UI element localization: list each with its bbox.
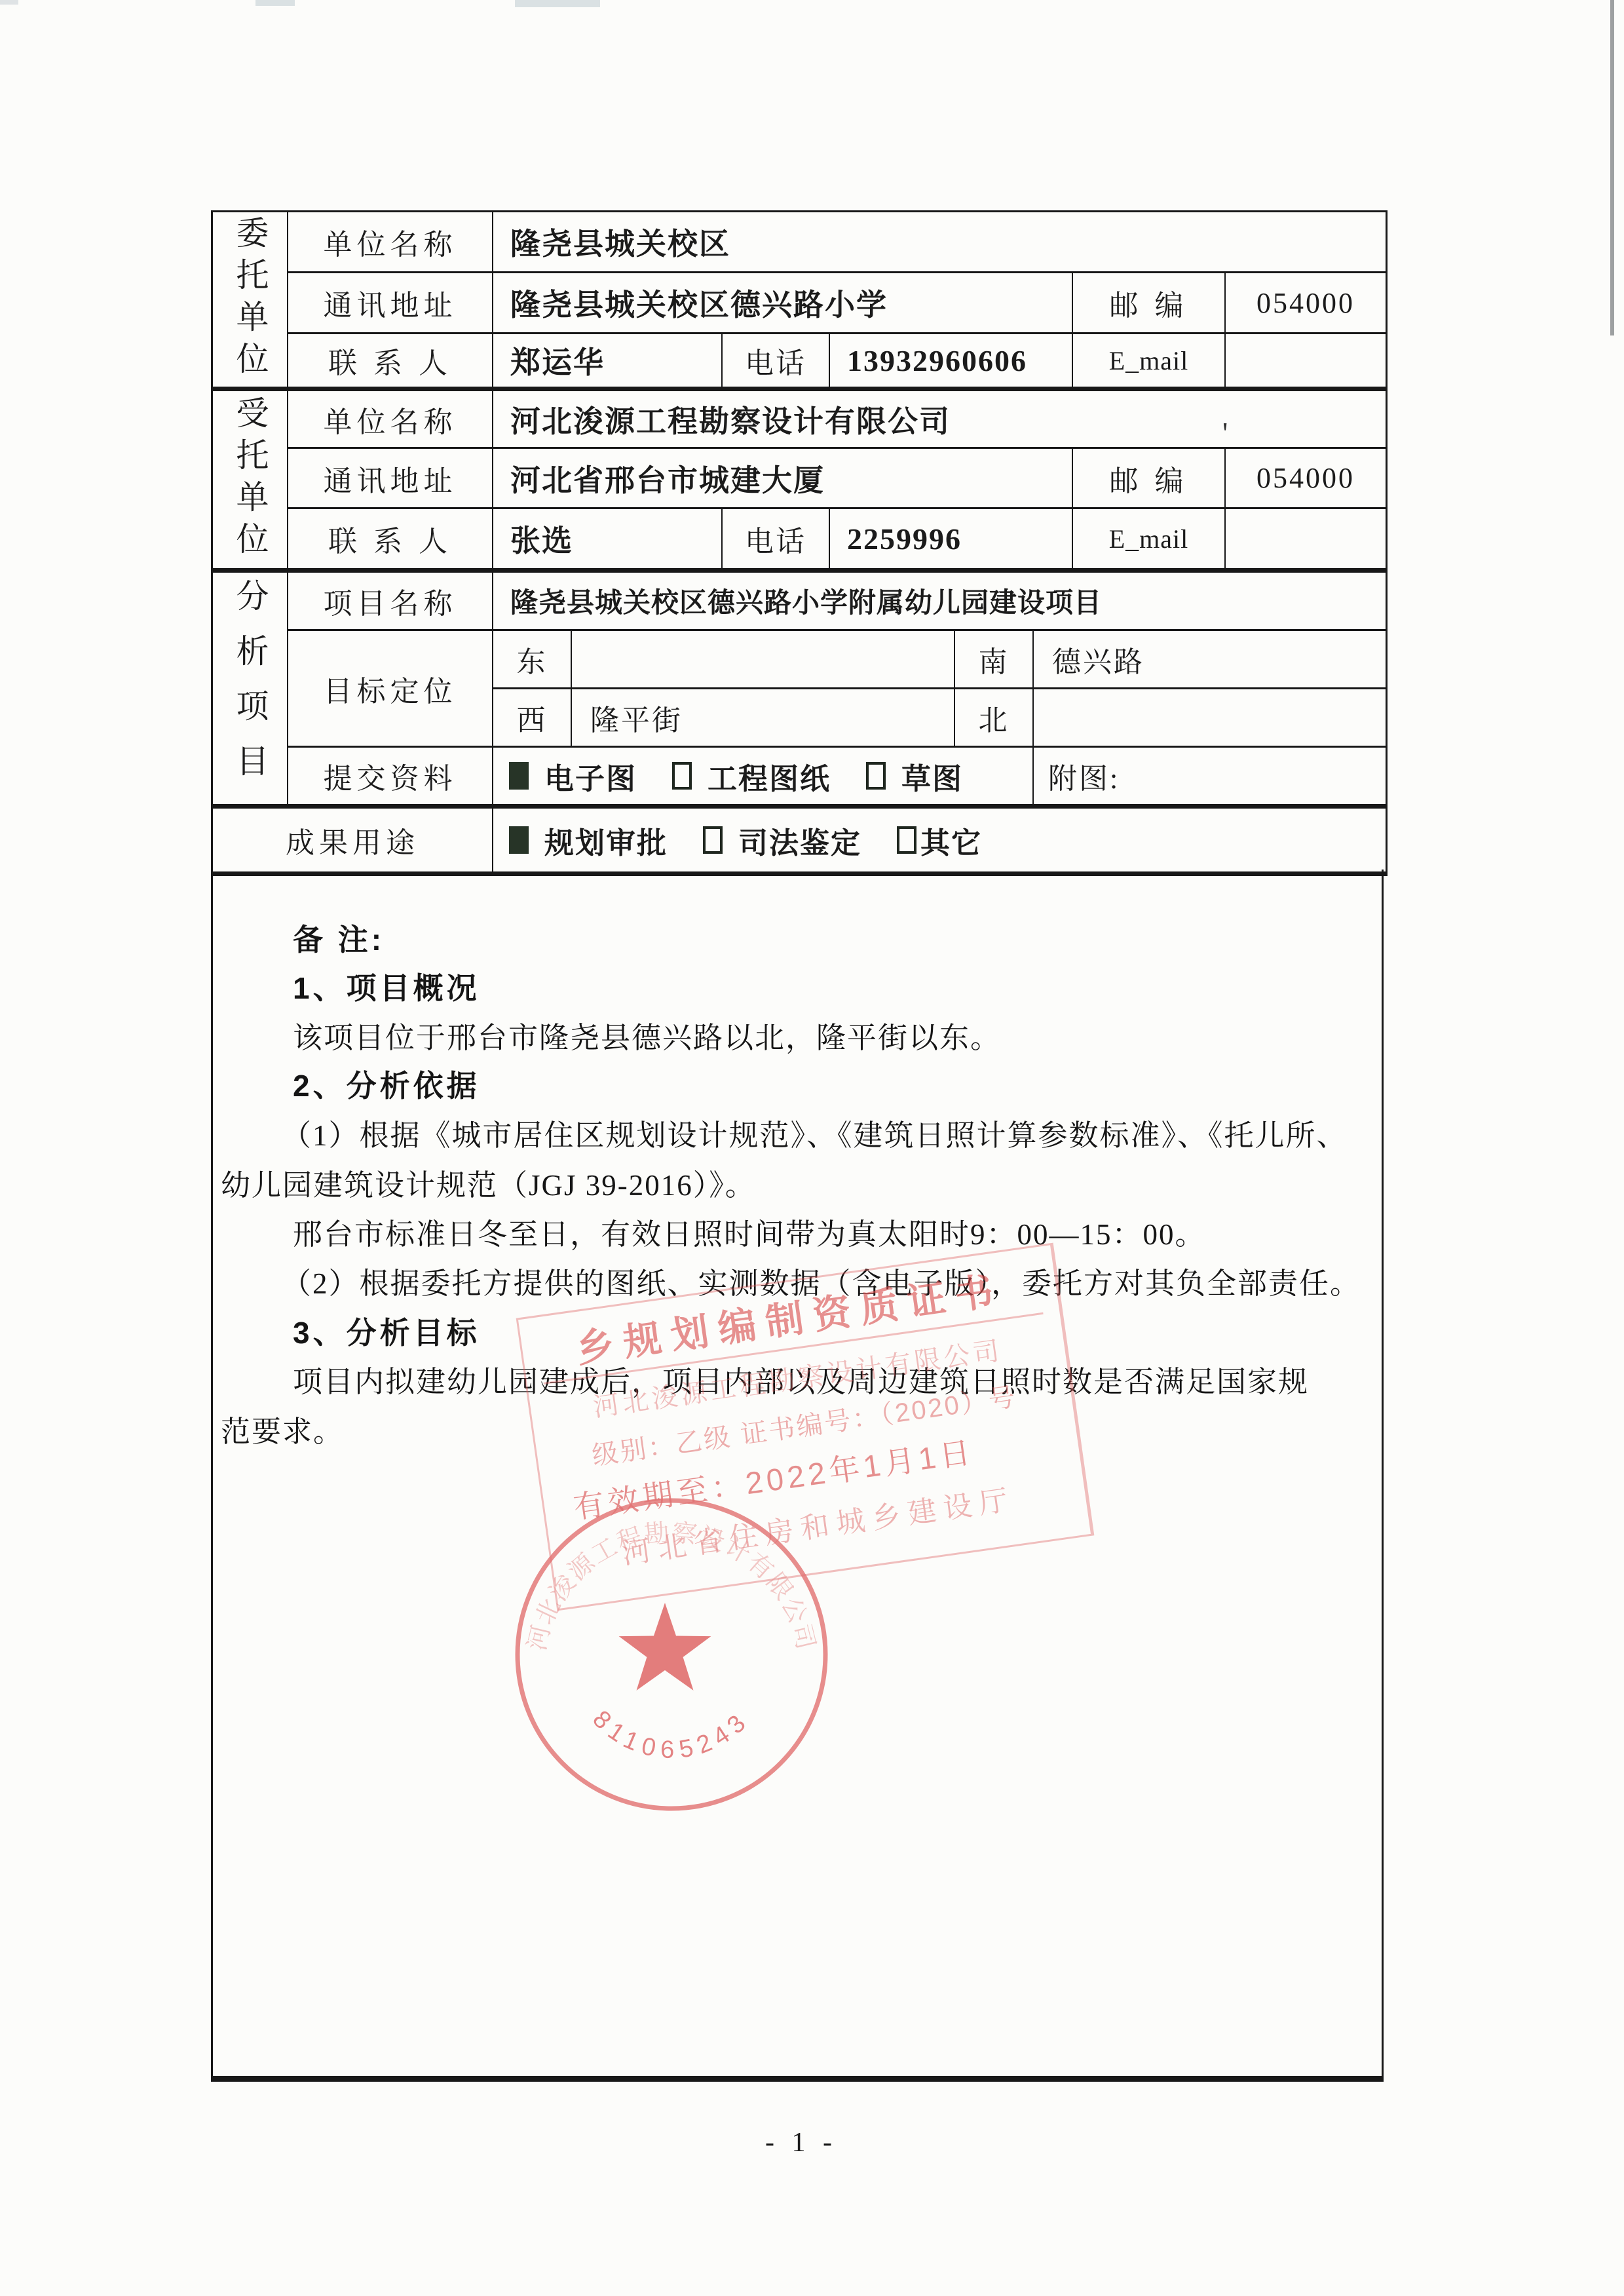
remarks-title: 备 注: (293, 916, 385, 959)
checkbox-other (897, 826, 916, 854)
scanned-form-page: ' 委托单位 单位名称 隆尧县城关校区 通讯地址 隆尧县城关校区德兴路小学 邮 … (0, 0, 1624, 2296)
agency-section-header: 受托单位 (213, 391, 288, 573)
result-usage-options: 规划审批 司法鉴定 其它 (493, 809, 1386, 871)
project-name-value: 隆尧县城关校区德兴路小学附属幼儿园建设项目 (493, 573, 1386, 631)
agency-phone-value: 2259996 (830, 509, 1073, 573)
checkbox-sketch (866, 762, 886, 790)
checkbox-electronic-map (509, 762, 529, 790)
agency-address-label: 通讯地址 (288, 449, 493, 509)
agency-zip-value: 054000 (1226, 449, 1386, 509)
agency-contact-label: 联 系 人 (288, 509, 493, 573)
agency-email-label: E_mail (1073, 509, 1226, 573)
option-label: 司法鉴定 (738, 819, 861, 862)
submit-material-options: 电子图 工程图纸 草图 (493, 748, 1034, 809)
client-contact-value: 郑运华 (493, 334, 723, 391)
agency-email-value (1226, 509, 1386, 573)
agency-unit-value: 河北浚源工程勘察设计有限公司 (493, 391, 1386, 449)
option-planning-approval: 规划审批 (509, 819, 668, 862)
target-location-label: 目标定位 (288, 631, 493, 748)
north-value (1034, 689, 1386, 748)
note-heading-1: 1、项目概况 (293, 965, 480, 1008)
scan-artifact (1610, 0, 1614, 335)
option-engineering-drawing: 工程图纸 (672, 755, 831, 797)
client-email-value (1226, 334, 1386, 391)
client-email-label: E_mail (1073, 334, 1226, 391)
result-usage-label: 成果用途 (213, 809, 493, 871)
option-label: 电子图 (544, 755, 637, 797)
option-electronic-map: 电子图 (509, 755, 637, 797)
note-line: 该项目位于邢台市隆尧县德兴路以北，隆平街以东。 (293, 1014, 1001, 1056)
note-line: （2）根据委托方提供的图纸、实测数据（含电子版），委托方对其负全部责任。 (282, 1259, 1361, 1302)
client-unit-value: 隆尧县城关校区 (493, 212, 1386, 273)
checkbox-judicial-appraisal (703, 826, 723, 854)
client-address-label: 通讯地址 (288, 273, 493, 334)
west-value: 隆平街 (572, 689, 955, 748)
west-label: 西 (493, 689, 572, 748)
client-zip-value: 054000 (1226, 273, 1386, 334)
scan-artifact (0, 0, 18, 5)
note-line: 项目内拟建幼儿园建成后，项目内部以及周边建筑日照时数是否满足国家规 (293, 1358, 1309, 1400)
attachment-label: 附图: (1034, 748, 1386, 809)
note-heading-3: 3、分析目标 (293, 1309, 480, 1352)
client-address-value: 隆尧县城关校区德兴路小学 (493, 273, 1073, 334)
page-number: - 1 - (739, 2127, 863, 2158)
option-other: 其它 (897, 819, 982, 862)
client-unit-label: 单位名称 (288, 212, 493, 273)
client-zip-label: 邮 编 (1073, 273, 1226, 334)
option-label: 草图 (901, 755, 963, 797)
note-line: 邢台市标准日冬至日，有效日照时间带为真太阳时9：00—15：00。 (293, 1210, 1206, 1253)
client-phone-label: 电话 (723, 334, 830, 391)
note-line: 范要求。 (221, 1407, 344, 1450)
scan-artifact (255, 0, 295, 6)
agency-unit-label: 单位名称 (288, 391, 493, 449)
agency-phone-label: 电话 (723, 509, 830, 573)
client-phone-value: 13932960606 (830, 334, 1073, 391)
agency-contact-value: 张选 (493, 509, 723, 573)
north-label: 北 (955, 689, 1034, 748)
option-label: 其它 (920, 819, 982, 862)
checkbox-engineering-drawing (672, 762, 692, 790)
client-section-header: 委托单位 (213, 212, 288, 391)
note-line: 幼儿园建筑设计规范（JGJ 39-2016）》。 (221, 1161, 756, 1204)
south-value: 德兴路 (1034, 631, 1386, 689)
project-name-label: 项目名称 (288, 573, 493, 631)
option-judicial-appraisal: 司法鉴定 (703, 819, 861, 862)
east-value (572, 631, 955, 689)
project-section-header: 分析项目 (213, 573, 288, 809)
agency-zip-label: 邮 编 (1073, 449, 1226, 509)
client-contact-label: 联 系 人 (288, 334, 493, 391)
south-label: 南 (955, 631, 1034, 689)
option-sketch: 草图 (866, 755, 963, 797)
scan-artifact (515, 0, 600, 7)
note-line: （1）根据《城市居住区规划设计规范》、《建筑日照计算参数标准》、《托儿所、 (282, 1111, 1348, 1154)
checkbox-planning-approval (509, 826, 529, 854)
agency-address-value: 河北省邢台市城建大厦 (493, 449, 1073, 509)
east-label: 东 (493, 631, 572, 689)
option-label: 规划审批 (544, 819, 668, 862)
note-heading-2: 2、分析依据 (293, 1062, 480, 1105)
commission-info-table: 委托单位 单位名称 隆尧县城关校区 通讯地址 隆尧县城关校区德兴路小学 邮 编 … (211, 210, 1388, 876)
submit-material-label: 提交资料 (288, 748, 493, 809)
option-label: 工程图纸 (708, 755, 831, 797)
